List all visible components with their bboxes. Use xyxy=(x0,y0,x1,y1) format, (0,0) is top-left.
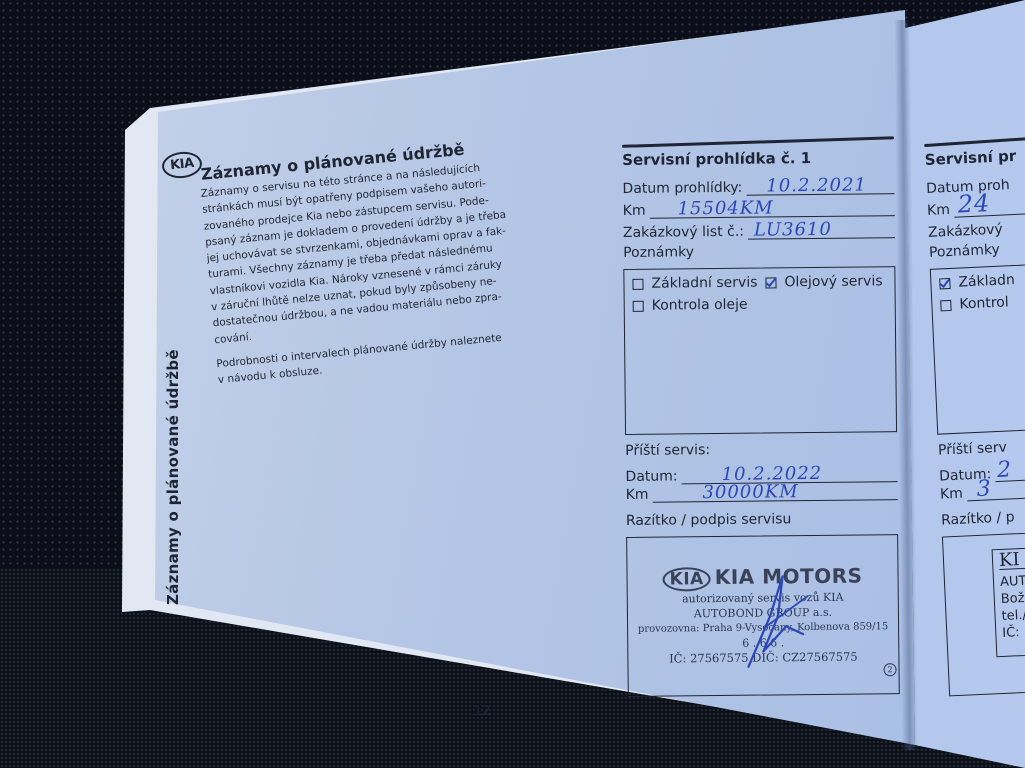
intro-line: cování. xyxy=(214,331,253,346)
order-label: Zakázkový list č.: xyxy=(623,224,748,241)
stamp-box: KI AUT Bož tel./ IČ: xyxy=(942,528,1025,697)
next-date-value: 2 xyxy=(996,457,1012,483)
service-booklet: KIA Záznamy o plánované údržbě Záznamy o… xyxy=(0,0,1025,768)
next-km-value: 3 xyxy=(976,476,992,502)
next-km-label: Km xyxy=(940,485,968,502)
next-km-value: 30000KM xyxy=(702,481,798,503)
next-date-label: Datum: xyxy=(625,468,681,485)
checkbox-label: Základn xyxy=(958,272,1015,291)
stamp-line: provozovna: Praha 9-Vysočany, Kolbenova … xyxy=(632,619,894,637)
order-field: Zakázkový list č.: LU3610 xyxy=(623,216,895,241)
km-value: 24 xyxy=(957,189,991,218)
km-label: Km xyxy=(623,203,650,219)
service-heading: Servisní prohlídka č. 1 xyxy=(622,148,894,169)
stamp-box: KIAKIA MOTORS autorizovaný servis vozů K… xyxy=(626,534,900,697)
checkbox-label: Kontrol xyxy=(959,294,1009,312)
checkbox-basic-service[interactable] xyxy=(632,278,643,289)
checkbox-oil-check[interactable] xyxy=(633,300,644,311)
stamp-line: AUT xyxy=(1000,570,1025,591)
next-km-field: Km 30000KM xyxy=(626,482,898,503)
kia-stamp-logo-icon: KIA xyxy=(663,567,711,592)
checkbox-row: Základn xyxy=(939,267,1025,291)
notes-box: Základn Kontrol xyxy=(930,260,1025,435)
date-label: Datum prohlídky: xyxy=(622,180,746,197)
order-value: LU3610 xyxy=(754,219,832,241)
checkbox-label: Kontrola oleje xyxy=(652,297,748,314)
service-record-1: Servisní prohlídka č. 1 Datum prohlídky:… xyxy=(622,139,900,697)
dealer-stamp: KI AUT Bož tel./ IČ: xyxy=(992,545,1025,657)
next-km-label: Km xyxy=(626,487,653,503)
checkbox-row: Kontrola oleje xyxy=(633,295,887,314)
date-field: Datum prohlídky: 10.2.2021 xyxy=(622,172,894,197)
spine-title: Záznamy o plánované údržbě xyxy=(164,349,182,605)
checkbox-oil-service[interactable] xyxy=(765,277,776,288)
order-label: Zakázkový xyxy=(928,221,1007,241)
km-value: 15504KM xyxy=(677,197,773,219)
stamp-label: Razítko / podpis servisu xyxy=(626,510,898,529)
stamp-brand-text: KIA MOTORS xyxy=(715,564,863,590)
notes-label: Poznámky xyxy=(623,242,895,261)
checkbox-row: Základní servis Olejový servis xyxy=(632,273,886,292)
date-value: 10.2.2021 xyxy=(766,174,867,196)
km-field: Km 15504KM xyxy=(623,194,895,219)
dealer-stamp: KIAKIA MOTORS autorizovaný servis vozů K… xyxy=(631,563,894,667)
notes-box: Základní servis Olejový servis Kontrola … xyxy=(623,266,897,435)
next-service-label: Příští servis: xyxy=(625,440,897,459)
checkbox-oil-check[interactable] xyxy=(940,299,951,310)
stamp-line: tel./ xyxy=(1001,604,1025,625)
stamp-line: IČ: xyxy=(1002,621,1025,642)
checkbox-row: Kontrol xyxy=(940,289,1025,313)
checkbox-label: Základní servis xyxy=(651,275,757,292)
page-number: 12 xyxy=(474,704,491,719)
km-label: Km xyxy=(927,202,955,219)
next-service-label: Příští serv xyxy=(938,434,1025,459)
stamp-line: IČ: 27567575 DIČ: CZ27567575 xyxy=(632,649,894,667)
stamp-label: Razítko / p xyxy=(941,504,1025,529)
checkbox-basic-service[interactable] xyxy=(939,277,950,288)
intro-text: Záznamy o servisu na této stránce a na n… xyxy=(200,160,498,397)
stamp-line: Bož xyxy=(1000,587,1025,608)
checkbox-label: Olejový servis xyxy=(784,273,882,290)
stamp-line: KI xyxy=(999,548,1025,570)
stamp-mark: 2 xyxy=(883,663,896,676)
stamp-brand: KIAKIA MOTORS xyxy=(631,563,893,592)
